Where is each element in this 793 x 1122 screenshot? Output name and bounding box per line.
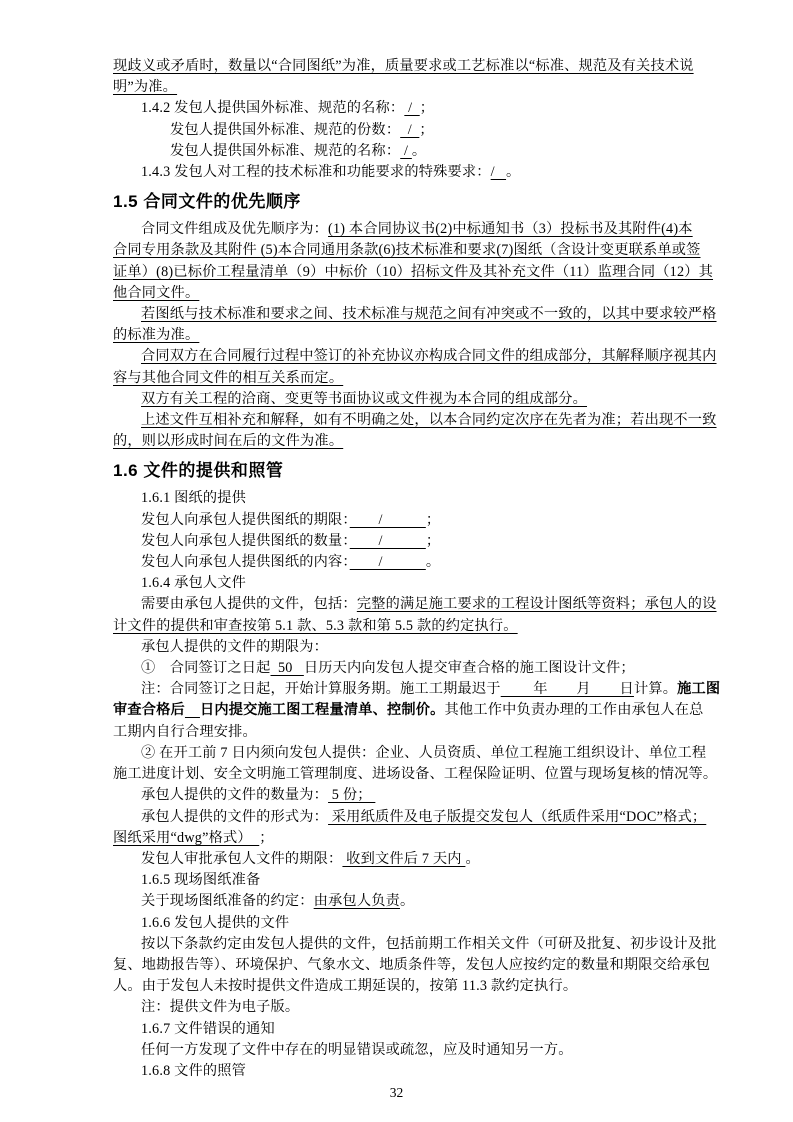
text-line: 1.6.8 文件的照管: [113, 1061, 688, 1082]
text-segment: 任何一方发现了文件中存在的明显错误或疏忽，应及时通知另一方。: [141, 1042, 573, 1058]
page-number: 32: [0, 1084, 793, 1102]
filled-blank-text: /: [350, 512, 426, 528]
text-line: 1.6.4 承包人文件: [113, 573, 688, 594]
filled-blank-text: /: [400, 122, 419, 138]
filled-blank-text: /: [400, 143, 412, 159]
filled-blank-text: 采用纸质件及电子版提交发包人（纸质件采用“DOC”格式；: [328, 809, 706, 825]
text-segment: 其他工作中负责办理的工作由承包人在总: [445, 702, 704, 718]
text-line: 明”为准。: [113, 77, 688, 98]
text-line: 计文件的提供和审查按第 5.1 款、5.3 款和第 5.5 款的约定执行。: [113, 616, 688, 637]
text-line: 发包人提供国外标准、规范的份数： / ；: [113, 120, 688, 141]
text-segment: 发包人向承包人提供图纸的数量：: [141, 533, 350, 549]
text-segment: ；: [259, 830, 273, 846]
filled-blank-text: /: [491, 164, 506, 180]
text-line: 双方有关工程的洽商、变更等书面协议或文件视为本合同的组成部分。: [113, 389, 688, 410]
text-line: 上述文件互相补充和解释，如有不明确之处，以本合同约定次序在先者为准；若出现不一致: [113, 410, 688, 431]
text-segment: 施工图: [677, 681, 720, 697]
filled-blank-text: 证单）(8)已标价工程量清单（9）中标价（10）招标文件及其补充文件（11）监理…: [113, 264, 713, 280]
text-segment: 承包人提供的文件的形式为：: [141, 809, 328, 825]
text-segment: 1.6.8 文件的照管: [141, 1063, 246, 1079]
text-segment: 。: [465, 851, 479, 867]
text-line: 发包人向承包人提供图纸的期限： / ；: [113, 510, 688, 531]
text-line: 需要由承包人提供的文件，包括：完整的满足施工要求的工程设计图纸等资料；承包人的设: [113, 594, 688, 615]
text-segment: 。: [412, 143, 426, 159]
text-segment: 1.6.5 现场图纸准备: [141, 872, 260, 888]
filled-blank-text: 完整的满足施工要求的工程设计图纸等资料；承包人的设: [357, 596, 717, 612]
text-segment: ；: [420, 100, 434, 116]
document-body: 现歧义或矛盾时，数量以“合同图纸”为准，质量要求或工艺标准以“标准、规范及有关技…: [113, 56, 688, 1082]
text-line: 发包人审批承包人文件的期限： 收到文件后 7 天内 。: [113, 849, 688, 870]
filled-blank-text: 年 月 日: [501, 681, 634, 697]
text-line: 容与其他合同文件的相互关系而定。: [113, 368, 688, 389]
text-line: 审查合格后 日内提交施工图工程量清单、控制价。其他工作中负责办理的工作由承包人在…: [113, 700, 688, 721]
text-line: 合同专用条款及其附件 (5)本合同通用条款(6)技术标准和要求(7)图纸（含设计…: [113, 240, 688, 261]
filled-blank-text: 合同双方在合同履行过程中签订的补充协议亦构成合同文件的组成部分，其解释顺序视其内: [141, 348, 717, 364]
text-line: ② 在开工前 7 日内须向发包人提供：企业、人员资质、单位工程施工组织设计、单位…: [113, 743, 688, 764]
text-segment: 1.6 文件的提供和照管: [113, 461, 283, 480]
text-segment: 。: [506, 164, 520, 180]
filled-blank-text: 由承包人负责: [314, 893, 400, 909]
text-line: 注：提供文件为电子版。: [113, 997, 688, 1018]
text-line: 他合同文件。: [113, 283, 688, 304]
text-segment: 1.5 合同文件的优先顺序: [113, 192, 301, 211]
text-segment: ② 在开工前 7 日内须向发包人提供：企业、人员资质、单位工程施工组织设计、单位…: [141, 745, 706, 761]
filled-blank-text: 现歧义或矛盾时，数量以“合同图纸”为准，质量要求或工艺标准以“标准、规范及有关技…: [113, 58, 694, 74]
text-segment: 发包人提供国外标准、规范的名称：: [170, 143, 400, 159]
text-segment: 审查合格后: [113, 702, 185, 718]
text-line: 承包人提供的文件的数量为： 5 份；: [113, 785, 688, 806]
section-heading: 1.6 文件的提供和照管: [113, 458, 688, 484]
text-line: 承包人提供的文件的期限为：: [113, 637, 688, 658]
text-segment: 1.6.1 图纸的提供: [141, 490, 246, 506]
filled-blank-text: /: [350, 554, 426, 570]
text-line: 任何一方发现了文件中存在的明显错误或疏忽，应及时通知另一方。: [113, 1040, 688, 1061]
filled-blank-text: 若图纸与技术标准和要求之间、技术标准与规范之间有冲突或不一致的，以其中要求较严格: [141, 306, 717, 322]
text-segment: 注：合同签订之日起，开始计算服务期。施工工期最迟于: [141, 681, 501, 697]
text-segment: 复、地勘报告等）、环境保护、气象水文、地质条件等，发包人应按约定的数量和期限交给…: [113, 957, 710, 973]
text-line: 合同文件组成及优先顺序为：(1) 本合同协议书(2)中标通知书（3）投标书及其附…: [113, 219, 688, 240]
text-segment: 施工进度计划、安全文明施工管理制度、进场设备、工程保险证明、位置与现场复核的情况…: [113, 766, 717, 782]
text-segment: 发包人向承包人提供图纸的内容：: [141, 554, 350, 570]
filled-blank-text: 明”为准。: [113, 79, 177, 95]
text-segment: ；: [426, 512, 440, 528]
filled-blank-text: 的，则以形成时间在后的文件为准。: [113, 433, 343, 449]
text-line: 施工进度计划、安全文明施工管理制度、进场设备、工程保险证明、位置与现场复核的情况…: [113, 764, 688, 785]
text-line: 工期内自行合理安排。: [113, 722, 688, 743]
text-line: 1.6.5 现场图纸准备: [113, 870, 688, 891]
text-line: 1.4.3 发包人对工程的技术标准和功能要求的特殊要求：/ 。: [113, 162, 688, 183]
filled-blank-text: 图纸采用“dwg”格式）: [113, 830, 259, 846]
text-segment: ① 合同签订之日起: [141, 660, 271, 676]
text-segment: ；: [419, 122, 433, 138]
filled-blank-text: /: [350, 533, 426, 549]
text-segment: 发包人审批承包人文件的期限：: [141, 851, 342, 867]
text-segment: 注：提供文件为电子版。: [141, 999, 299, 1015]
text-segment: 合同文件组成及优先顺序为：: [141, 221, 328, 237]
text-line: 注：合同签订之日起，开始计算服务期。施工工期最迟于 年 月 日计算。施工图: [113, 679, 688, 700]
filled-blank-text: 合同专用条款及其附件 (5)本合同通用条款(6)技术标准和要求(7)图纸（含设计…: [113, 242, 701, 258]
text-segment: 。: [426, 554, 440, 570]
text-segment: 计算。: [634, 681, 677, 697]
text-line: ① 合同签订之日起 50 日历天内向发包人提交审查合格的施工图设计文件；: [113, 658, 688, 679]
filled-blank-text: 收到文件后 7 天内: [342, 851, 465, 867]
text-segment: 1.4.3 发包人对工程的技术标准和功能要求的特殊要求：: [141, 164, 491, 180]
text-line: 承包人提供的文件的形式为： 采用纸质件及电子版提交发包人（纸质件采用“DOC”格…: [113, 807, 688, 828]
text-segment: 需要由承包人提供的文件，包括：: [141, 596, 357, 612]
text-segment: 按以下条款约定由发包人提供的文件，包括前期工作相关文件（可研及批复、初步设计及批: [141, 936, 717, 952]
text-line: 1.6.1 图纸的提供: [113, 488, 688, 509]
filled-blank-text: (1) 本合同协议书(2)中标通知书（3）投标书及其附件(4)本: [328, 221, 693, 237]
text-line: 1.4.2 发包人提供国外标准、规范的名称： / ；: [113, 98, 688, 119]
contract-page: 现歧义或矛盾时，数量以“合同图纸”为准，质量要求或工艺标准以“标准、规范及有关技…: [0, 0, 793, 1122]
filled-blank-text: [185, 702, 200, 718]
text-line: 图纸采用“dwg”格式） ；: [113, 828, 688, 849]
text-segment: 日历天内向发包人提交审查合格的施工图设计文件；: [304, 660, 635, 676]
filled-blank-text: 双方有关工程的洽商、变更等书面协议或文件视为本合同的组成部分。: [141, 391, 587, 407]
text-segment: 承包人提供的文件的期限为：: [141, 639, 328, 655]
filled-blank-text: 计文件的提供和审查按第 5.1 款、5.3 款和第 5.5 款的约定执行。: [113, 618, 518, 634]
filled-blank-text: 容与其他合同文件的相互关系而定。: [113, 370, 343, 386]
text-line: 合同双方在合同履行过程中签订的补充协议亦构成合同文件的组成部分，其解释顺序视其内: [113, 346, 688, 367]
text-line: 发包人向承包人提供图纸的数量： / ；: [113, 531, 688, 552]
text-line: 现歧义或矛盾时，数量以“合同图纸”为准，质量要求或工艺标准以“标准、规范及有关技…: [113, 56, 688, 77]
filled-blank-text: 的标准为准。: [113, 327, 199, 343]
text-line: 若图纸与技术标准和要求之间、技术标准与规范之间有冲突或不一致的，以其中要求较严格: [113, 304, 688, 325]
text-line: 证单）(8)已标价工程量清单（9）中标价（10）招标文件及其补充文件（11）监理…: [113, 262, 688, 283]
text-line: 1.6.6 发包人提供的文件: [113, 913, 688, 934]
text-line: 人。由于发包人未按时提供文件造成工期延误的，按第 11.3 款约定执行。: [113, 976, 688, 997]
text-segment: 人。由于发包人未按时提供文件造成工期延误的，按第 11.3 款约定执行。: [113, 978, 577, 994]
filled-blank-text: 50: [271, 660, 304, 676]
filled-blank-text: 5 份；: [328, 787, 375, 803]
text-segment: 发包人向承包人提供图纸的期限：: [141, 512, 350, 528]
text-segment: 承包人提供的文件的数量为：: [141, 787, 328, 803]
text-line: 按以下条款约定由发包人提供的文件，包括前期工作相关文件（可研及批复、初步设计及批: [113, 934, 688, 955]
text-line: 1.6.7 文件错误的通知: [113, 1019, 688, 1040]
text-segment: 。: [400, 893, 414, 909]
section-heading: 1.5 合同文件的优先顺序: [113, 189, 688, 215]
text-line: 关于现场图纸准备的约定：由承包人负责。: [113, 891, 688, 912]
text-line: 的标准为准。: [113, 325, 688, 346]
filled-blank-text: 他合同文件。: [113, 285, 199, 301]
filled-blank-text: /: [404, 100, 419, 116]
text-segment: 1.6.6 发包人提供的文件: [141, 915, 289, 931]
text-segment: 发包人提供国外标准、规范的份数：: [170, 122, 400, 138]
text-line: 发包人提供国外标准、规范的名称： / 。: [113, 141, 688, 162]
text-segment: 关于现场图纸准备的约定：: [141, 893, 314, 909]
text-line: 复、地勘报告等）、环境保护、气象水文、地质条件等，发包人应按约定的数量和期限交给…: [113, 955, 688, 976]
text-segment: 1.6.7 文件错误的通知: [141, 1021, 275, 1037]
text-segment: 1.6.4 承包人文件: [141, 575, 246, 591]
text-segment: 日内提交施工图工程量清单、控制价。: [200, 702, 445, 718]
text-line: 发包人向承包人提供图纸的内容： / 。: [113, 552, 688, 573]
text-segment: ；: [426, 533, 440, 549]
text-segment: 工期内自行合理安排。: [113, 724, 257, 740]
filled-blank-text: 上述文件互相补充和解释，如有不明确之处，以本合同约定次序在先者为准；若出现不一致: [141, 412, 717, 428]
text-line: 的，则以形成时间在后的文件为准。: [113, 431, 688, 452]
text-segment: 1.4.2 发包人提供国外标准、规范的名称：: [141, 100, 404, 116]
